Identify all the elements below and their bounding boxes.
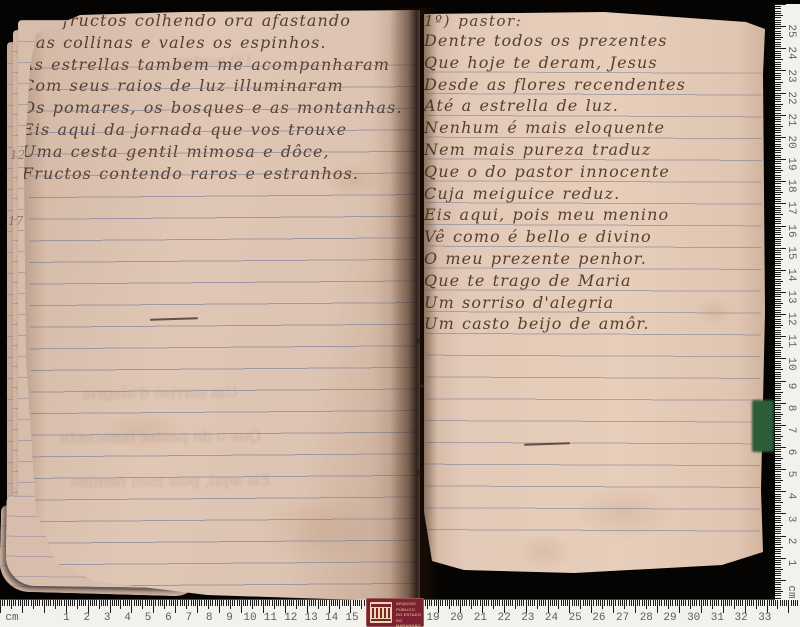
vertical-ruler: cm12345678910111213141516171819202122232… [775, 4, 800, 600]
margin-mark: 12 [10, 148, 25, 162]
archive-stamp-text: ARQUIVO PÚBLICO DO ESTADO DO MARANHÃO [396, 601, 422, 627]
page-heading: 1º) pastor: [424, 12, 765, 30]
ruled-lines [425, 71, 762, 532]
margin-mark: 17 [8, 214, 23, 228]
right-page: 1º) pastor: Dentre todos os prezentes Qu… [424, 12, 765, 578]
show-through-writing: Um sorriso d'alegria [82, 383, 238, 402]
green-marker [752, 400, 774, 452]
ink-blot [420, 384, 424, 388]
ink-blot [416, 470, 421, 475]
poem-line: Dentre todos os prezentes [424, 30, 765, 52]
poem-line: Que hoje te deram, Jesus [424, 52, 765, 74]
archive-building-icon [370, 602, 392, 623]
notebook-photo: 12 17 1º) pastor: Ora fructos colhendo o… [0, 0, 800, 627]
show-through-writing: 1º) pastor: [172, 52, 253, 71]
ink-blot [415, 338, 421, 344]
show-through-writing: Eis aqui, pois meu menino [70, 471, 271, 491]
show-through-writing: Que o do pastor innocente [60, 427, 261, 447]
left-page: 1º) pastor: Ora fructos colhendo ora afa… [22, 10, 420, 602]
page-shading [22, 10, 420, 602]
archive-stamp: ARQUIVO PÚBLICO DO ESTADO DO MARANHÃO [366, 598, 424, 627]
